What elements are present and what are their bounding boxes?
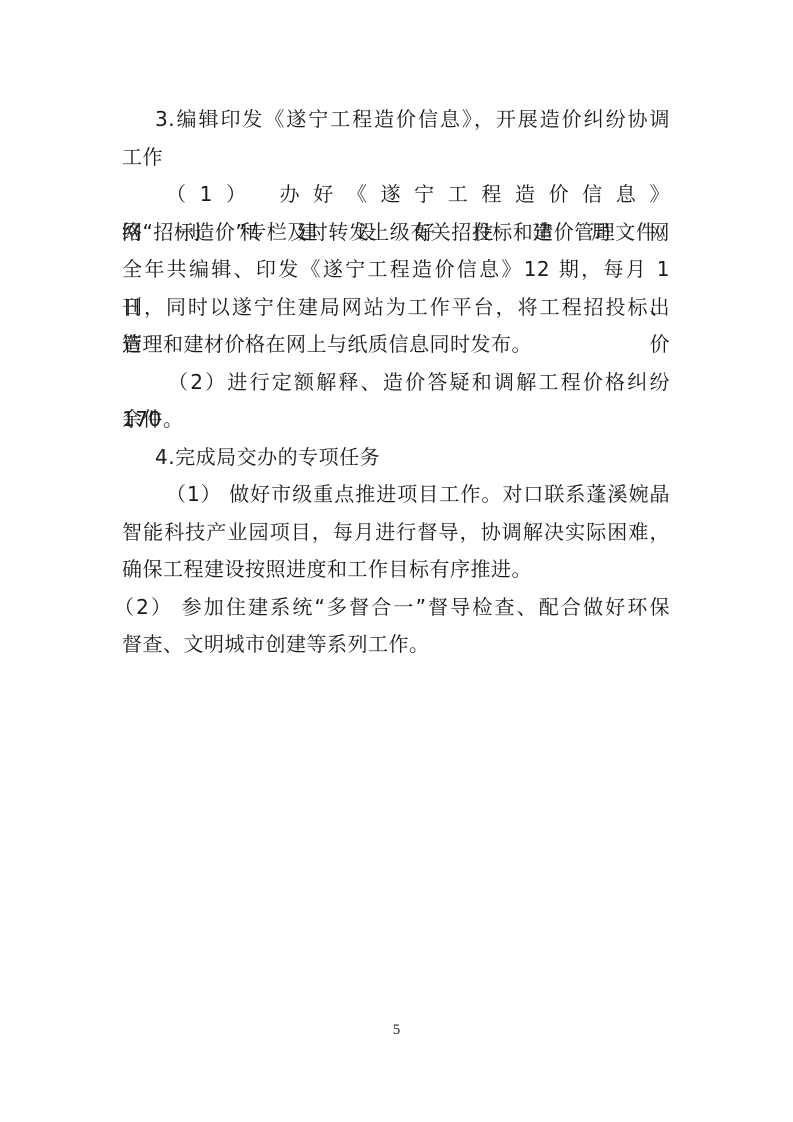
- text-line: 督查、文明城市创建等系列工作。: [122, 626, 670, 664]
- document-page: 3.编辑印发《遂宁工程造价信息》，开展造价纠纷协调工作（1） 办好《遂宁工程造价…: [0, 0, 793, 1122]
- text-line: （2）进行定额解释、造价答疑和调解工程价格纠纷 170: [122, 364, 670, 402]
- text-line: （2） 参加住建系统“多督合一”督导检查、配合做好环保: [122, 589, 670, 627]
- text-line: 余件。: [122, 401, 670, 439]
- text-line: 刊，同时以遂宁住建局网站为工作平台，将工程招投标、造价: [122, 289, 670, 327]
- text-line: 络“招标造价”专栏及时转发上级有关招投标和造价管理文件。: [122, 214, 670, 252]
- text-line: 3.编辑印发《遂宁工程造价信息》，开展造价纠纷协调: [122, 101, 670, 139]
- text-line: 智能科技产业园项目，每月进行督导，协调解决实际困难，: [122, 514, 670, 552]
- text-line: 全年共编辑、印发《遂宁工程造价信息》12 期，每月 1 日出: [122, 251, 670, 289]
- page-number: 5: [0, 1022, 793, 1039]
- text-line: 工作: [122, 139, 670, 177]
- text-line: （1） 做好市级重点推进项目工作。对口联系蓬溪婉晶: [122, 476, 670, 514]
- text-line: 确保工程建设按照进度和工作目标有序推进。: [122, 551, 670, 589]
- text-line: 4.完成局交办的专项任务: [122, 439, 670, 477]
- text-line: （1） 办好《遂宁工程造价信息》网刊和建设好住建局网: [122, 176, 670, 214]
- document-body: 3.编辑印发《遂宁工程造价信息》，开展造价纠纷协调工作（1） 办好《遂宁工程造价…: [122, 101, 670, 664]
